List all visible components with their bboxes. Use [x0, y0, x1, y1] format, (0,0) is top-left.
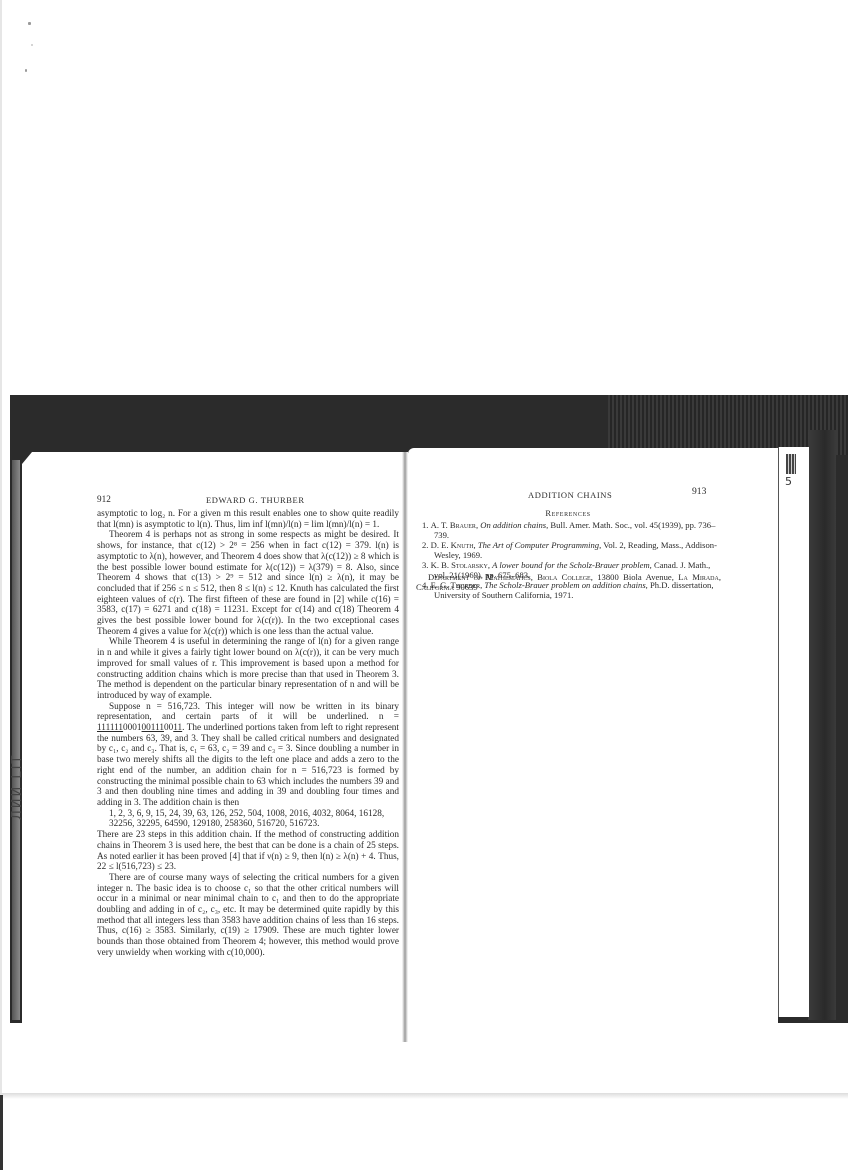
ref-number: 3.	[422, 560, 428, 570]
reference-item: 2. D. E. Knuth, The Art of Computer Prog…	[416, 540, 721, 560]
binary-plain: 0001	[123, 723, 142, 733]
index-tab-number: 5	[785, 475, 792, 488]
ref-author: K. B. Stolarsky	[431, 560, 488, 570]
ref-details: , Bull. Amer. Math. Soc., vol. 45(1939),…	[434, 520, 715, 540]
scan-bottom-edge	[0, 1095, 3, 1170]
ref-author: A. T. Brauer	[431, 520, 476, 530]
left-running-head: EDWARD G. THURBER	[206, 495, 305, 505]
ref-number: 2.	[422, 540, 428, 550]
affil-address: 13800 Biola Avenue,	[597, 572, 674, 582]
author-affiliation: Department of Mathematics, Biola College…	[416, 572, 721, 592]
ref-number: 1.	[422, 520, 428, 530]
left-page-number: 912	[97, 494, 111, 504]
page-stack-edge	[778, 447, 809, 1017]
right-page-number: 913	[692, 486, 706, 497]
scan-bottom-shadow	[0, 1093, 848, 1099]
binary-critical-3: 11	[173, 723, 182, 733]
binary-plain: 00	[164, 723, 173, 733]
ref-title: On addition chains	[480, 520, 546, 530]
paragraph: While Theorem 4 is useful in determining…	[97, 637, 399, 701]
paragraph: asymptotic to log₂ n. For a given m this…	[97, 509, 399, 530]
binary-critical-2: 00111	[142, 723, 164, 733]
book-right-cover	[808, 430, 836, 1020]
text-run: . The underlined portions taken from lef…	[97, 723, 399, 808]
ref-author: D. E. Knuth	[431, 540, 474, 550]
scan-left-edge	[0, 0, 2, 1170]
paragraph: There are 23 steps in this addition chai…	[97, 830, 399, 873]
dust-speck	[31, 44, 33, 46]
index-tab-marker	[786, 454, 796, 474]
ref-title: The Art of Computer Programming	[478, 540, 599, 550]
dust-speck	[28, 22, 31, 25]
references-heading: References	[418, 508, 718, 518]
affil-college: Biola College	[537, 572, 591, 582]
affil-department: Department of Mathematics	[428, 572, 531, 582]
right-running-head: ADDITION CHAINS	[528, 490, 612, 500]
paragraph: There are of course many ways of selecti…	[97, 873, 399, 959]
addition-chain: 1, 2, 3, 6, 9, 15, 24, 39, 63, 126, 252,…	[97, 809, 399, 830]
ref-title: A lower bound for the Scholz-Brauer prob…	[492, 560, 650, 570]
dust-speck	[25, 69, 27, 72]
text-run: Suppose n = 516,723. This integer will n…	[97, 702, 399, 723]
binary-critical-1: 111111	[97, 723, 123, 733]
left-page-body: asymptotic to log₂ n. For a given m this…	[97, 509, 399, 959]
paragraph: Suppose n = 516,723. This integer will n…	[97, 702, 399, 809]
reference-item: 1. A. T. Brauer, On addition chains, Bul…	[416, 520, 721, 540]
paragraph: Theorem 4 is perhaps not as strong in so…	[97, 530, 399, 637]
